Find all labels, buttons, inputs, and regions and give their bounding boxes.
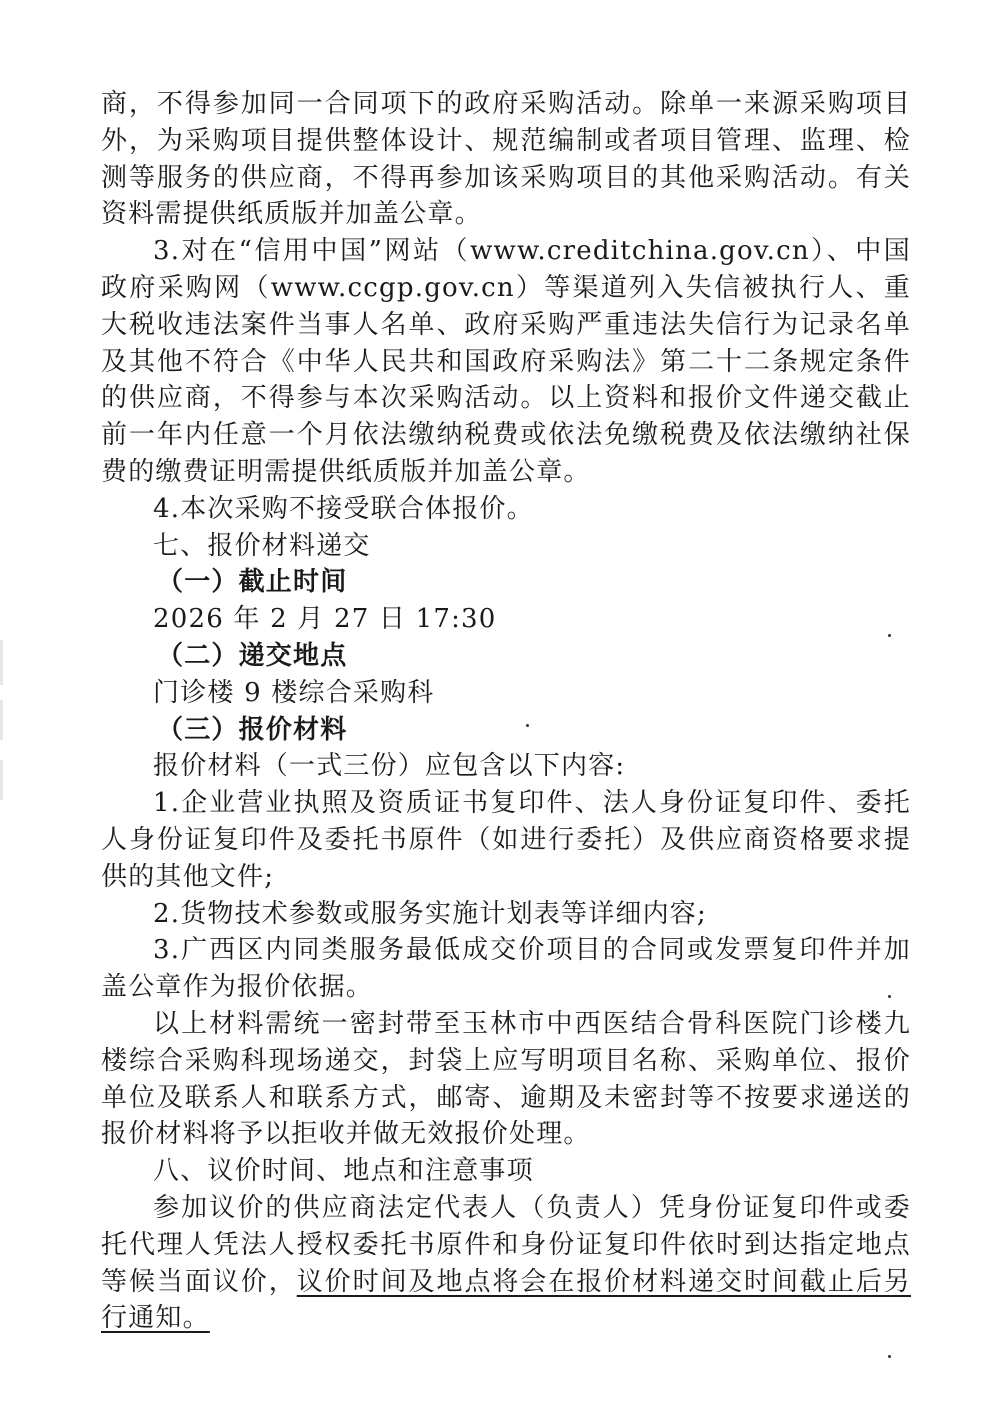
section-8-body: 参加议价的供应商法定代表人（负责人）凭身份证复印件或委托代理人凭法人授权委托书原… [101, 1190, 911, 1337]
materials-item-3: 3.广西区内同类服务最低成交价项目的合同或发票复印件并加盖公章作为报价依据。 [101, 932, 911, 1006]
section-8-title: 八、议价时间、地点和注意事项 [101, 1153, 911, 1190]
scan-speck [888, 634, 891, 637]
section-7-title: 七、报价材料递交 [101, 528, 911, 565]
document-page: 商，不得参加同一合同项下的政府采购活动。除单一来源采购项目外，为采购项目提供整体… [101, 86, 911, 1337]
materials-heading: （三）报价材料 [101, 712, 911, 749]
scan-edge-mark [0, 700, 3, 740]
location-value: 门诊楼 9 楼综合采购科 [101, 675, 911, 712]
scan-edge-mark [0, 760, 3, 800]
paragraph-supplier-restriction: 商，不得参加同一合同项下的政府采购活动。除单一来源采购项目外，为采购项目提供整体… [101, 86, 911, 233]
materials-intro: 报价材料（一式三份）应包含以下内容: [101, 748, 911, 785]
deadline-value: 2026 年 2 月 27 日 17:30 [101, 601, 911, 638]
scan-speck [526, 724, 529, 727]
scan-speck [888, 995, 891, 998]
scan-speck [888, 1355, 891, 1358]
materials-submission-note: 以上材料需统一密封带至玉林市中西医结合骨科医院门诊楼九楼综合采购科现场递交，封袋… [101, 1006, 911, 1153]
paragraph-no-consortium: 4.本次采购不接受联合体报价。 [101, 491, 911, 528]
deadline-heading: （一）截止时间 [101, 564, 911, 601]
materials-item-1: 1.企业营业执照及资质证书复印件、法人身份证复印件、委托人身份证复印件及委托书原… [101, 785, 911, 895]
scan-edge-mark [0, 640, 3, 685]
paragraph-credit-check: 3.对在“信用中国”网站（www.creditchina.gov.cn）、中国政… [101, 233, 911, 491]
materials-item-2: 2.货物技术参数或服务实施计划表等详细内容; [101, 896, 911, 933]
location-heading: （二）递交地点 [101, 638, 911, 675]
